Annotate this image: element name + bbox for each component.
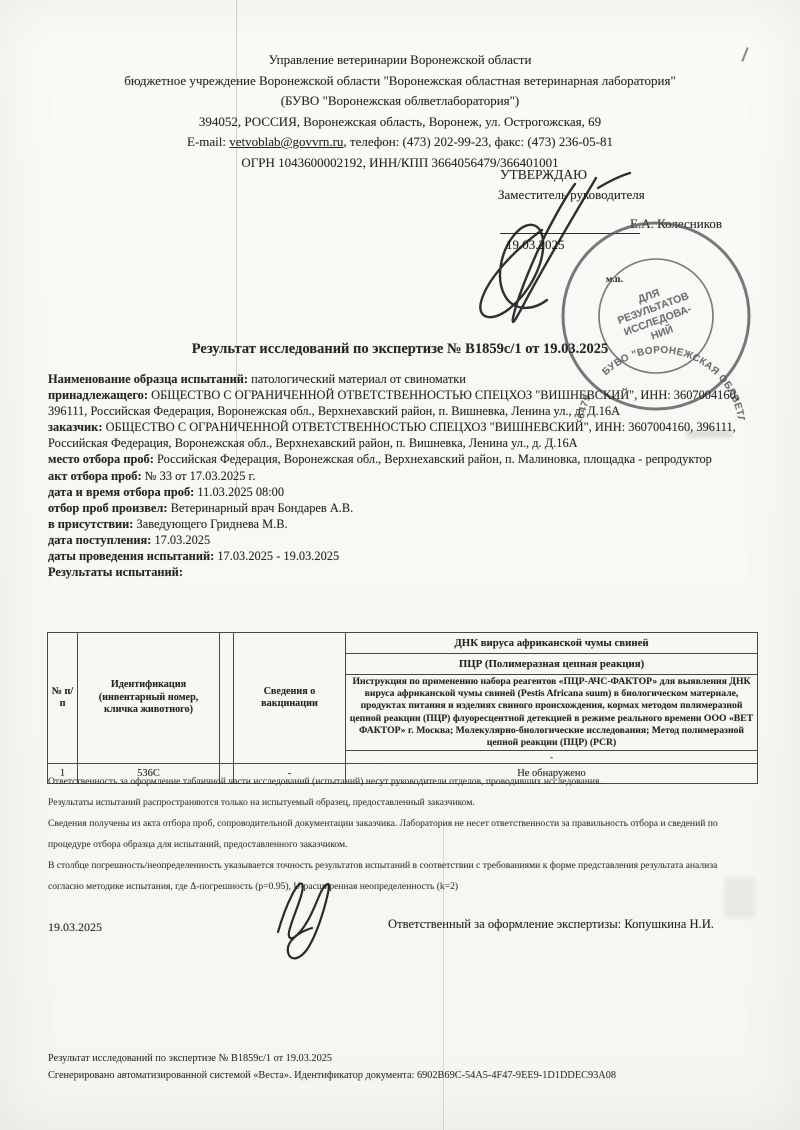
- letterhead-line: (БУВО "Воронежская облветлаборатория"): [0, 91, 800, 112]
- col-header-vaccination: Сведения о вакцинации: [234, 633, 346, 764]
- footnote-line: Результаты испытаний распространяются то…: [48, 792, 748, 813]
- sample-info-line: дата поступления: 17.03.2025: [48, 532, 742, 548]
- spacer-cell: -: [346, 751, 758, 764]
- signoff-date: 19.03.2025: [48, 920, 102, 935]
- sample-info-block: Наименование образца испытаний: патологи…: [48, 371, 742, 580]
- col-header-spacer: [220, 633, 234, 764]
- email-label: E-mail:: [187, 134, 226, 149]
- test-method-cell: ПЦР (Полимеразная цепная реакция): [346, 654, 758, 675]
- sample-info-line: принадлежащего: ОБЩЕСТВО С ОГРАНИЧЕННОЙ …: [48, 387, 742, 419]
- letterhead-ogrn-line: ОГРН 1043600002192, ИНН/КПП 3664056479/3…: [0, 153, 800, 174]
- sample-info-line: место отбора проб: Российская Федерация,…: [48, 451, 742, 467]
- results-table-wrap: № п/п Идентификация (инвентарный номер, …: [47, 632, 757, 784]
- footnotes-block: Ответственность за оформление табличной …: [48, 771, 748, 897]
- test-name-cell: ДНК вируса африканской чумы свиней: [346, 633, 758, 654]
- scanned-document-page: Управление ветеринарии Воронежской облас…: [0, 0, 800, 1130]
- sample-info-line: даты проведения испытаний: 17.03.2025 - …: [48, 548, 742, 564]
- email-link[interactable]: vetvoblab@govvrn.ru: [229, 134, 343, 149]
- phone-fax-text: , телефон: (473) 202-99-23, факс: (473) …: [343, 134, 613, 149]
- footer-expertise-line: Результат исследований по экспертизе № В…: [48, 1053, 332, 1064]
- sample-info-line: отбор проб произвел: Ветеринарный врач Б…: [48, 500, 742, 516]
- document-title: Результат исследований по экспертизе № В…: [0, 341, 800, 358]
- sample-info-line: в присутствии: Заведующего Гриднева М.В.: [48, 516, 742, 532]
- lab-letterhead: Управление ветеринарии Воронежской облас…: [0, 50, 800, 173]
- responsible-signature-ink: [250, 870, 362, 966]
- footnote-line: В столбце погрешность/неопределенность у…: [48, 855, 748, 897]
- letterhead-line: 394052, РОССИЯ, Воронежская область, Вор…: [0, 112, 800, 133]
- results-table: № п/п Идентификация (инвентарный номер, …: [47, 632, 758, 784]
- responsible-person: Ответственный за оформление экспертизы: …: [388, 917, 714, 932]
- letterhead-line: Управление ветеринарии Воронежской облас…: [0, 50, 800, 71]
- col-header-identification: Идентификация (инвентарный номер, кличка…: [78, 633, 220, 764]
- sample-info-line: Наименование образца испытаний: патологи…: [48, 371, 742, 387]
- sample-info-line: акт отбора проб: № 33 от 17.03.2025 г.: [48, 468, 742, 484]
- col-header-number: № п/п: [48, 633, 78, 764]
- footnote-line: Сведения получены из акта отбора проб, с…: [48, 813, 748, 855]
- method-details-cell: Инструкция по применению набора реагенто…: [346, 675, 758, 751]
- sample-info-line: дата и время отбора проб: 11.03.2025 08:…: [48, 484, 742, 500]
- letterhead-line: бюджетное учреждение Воронежской области…: [0, 71, 800, 92]
- footnote-line: Ответственность за оформление табличной …: [48, 771, 748, 792]
- sample-info-line: Результаты испытаний:: [48, 564, 742, 580]
- sample-info-line: заказчик: ОБЩЕСТВО С ОГРАНИЧЕННОЙ ОТВЕТС…: [48, 419, 742, 451]
- letterhead-contacts-line: E-mail: vetvoblab@govvrn.ru, телефон: (4…: [0, 132, 800, 153]
- footer-generated-line: Сгенерировано автоматизированной системо…: [48, 1070, 616, 1081]
